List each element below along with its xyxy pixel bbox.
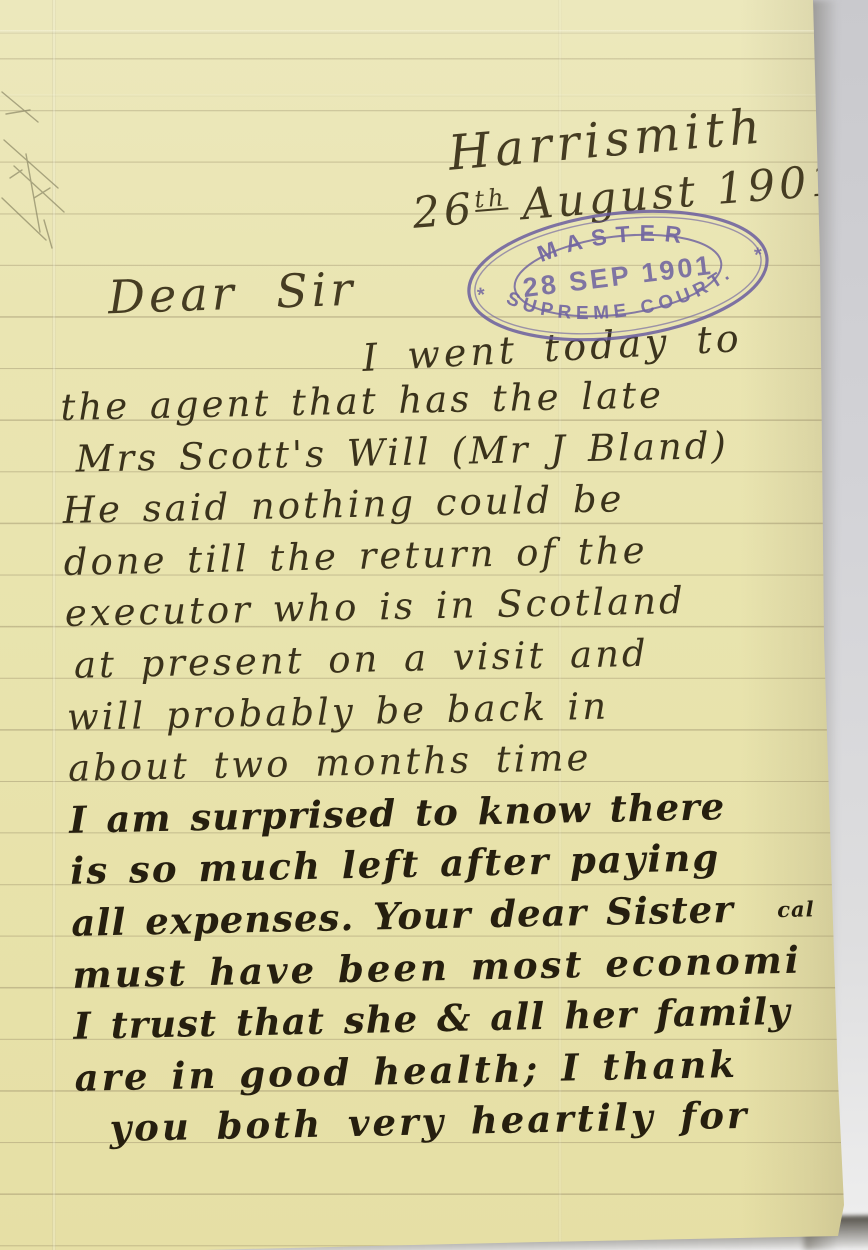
interlinear-insertion: cal (777, 896, 815, 922)
letter-page: Harrismith 26thAugust 1901 Dear Sir I we… (0, 0, 868, 1250)
salutation: Dear Sir (107, 262, 357, 325)
letter-body: the agent that has the late Mrs Scott's … (60, 365, 866, 1155)
date-ordinal: th (473, 183, 508, 214)
stamp-left-star: * (476, 284, 487, 307)
pencil-scribble-mark (0, 70, 150, 270)
scanned-letter-photo: Harrismith 26thAugust 1901 Dear Sir I we… (0, 0, 868, 1250)
